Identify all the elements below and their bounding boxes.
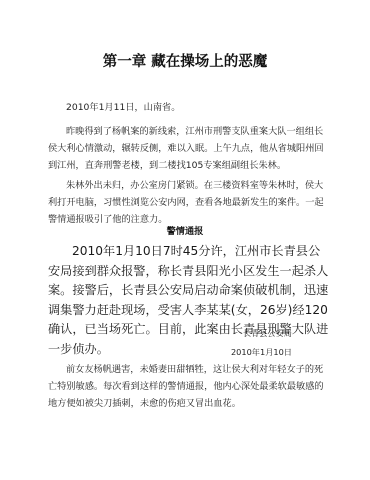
- notice-date: 2010年1月10日: [231, 347, 292, 358]
- paragraph-1: 昨晚得到了杨帆案的新线索，江州市刑警支队重案大队一组组长侯大利心情激动，辗转反侧…: [48, 123, 330, 174]
- notice-signature: 长青县公安局: [243, 328, 292, 339]
- notice-body: 2010年1月10日7时45分许，江州市长青县公安局接到群众报警，称长青县阳光小…: [48, 242, 330, 359]
- document-page: 第一章 藏在操场上的恶魔 2010年1月11日，山南省。 昨晚得到了杨帆案的新线…: [0, 0, 370, 480]
- chapter-title: 第一章 藏在操场上的恶魔: [0, 50, 370, 71]
- date-location-line: 2010年1月11日，山南省。: [48, 99, 330, 116]
- closing-paragraph: 前女友杨帆遇害，未婚妻田甜牺牲，这让侯大利对年轻女子的死亡特别敏感。每次看到这样…: [48, 361, 330, 412]
- notice-heading: 警情通报: [0, 223, 370, 237]
- paragraph-2: 朱林外出未归，办公室房门紧锁。在三楼资料室等朱林时，侯大利打开电脑，习惯性浏览公…: [48, 177, 330, 228]
